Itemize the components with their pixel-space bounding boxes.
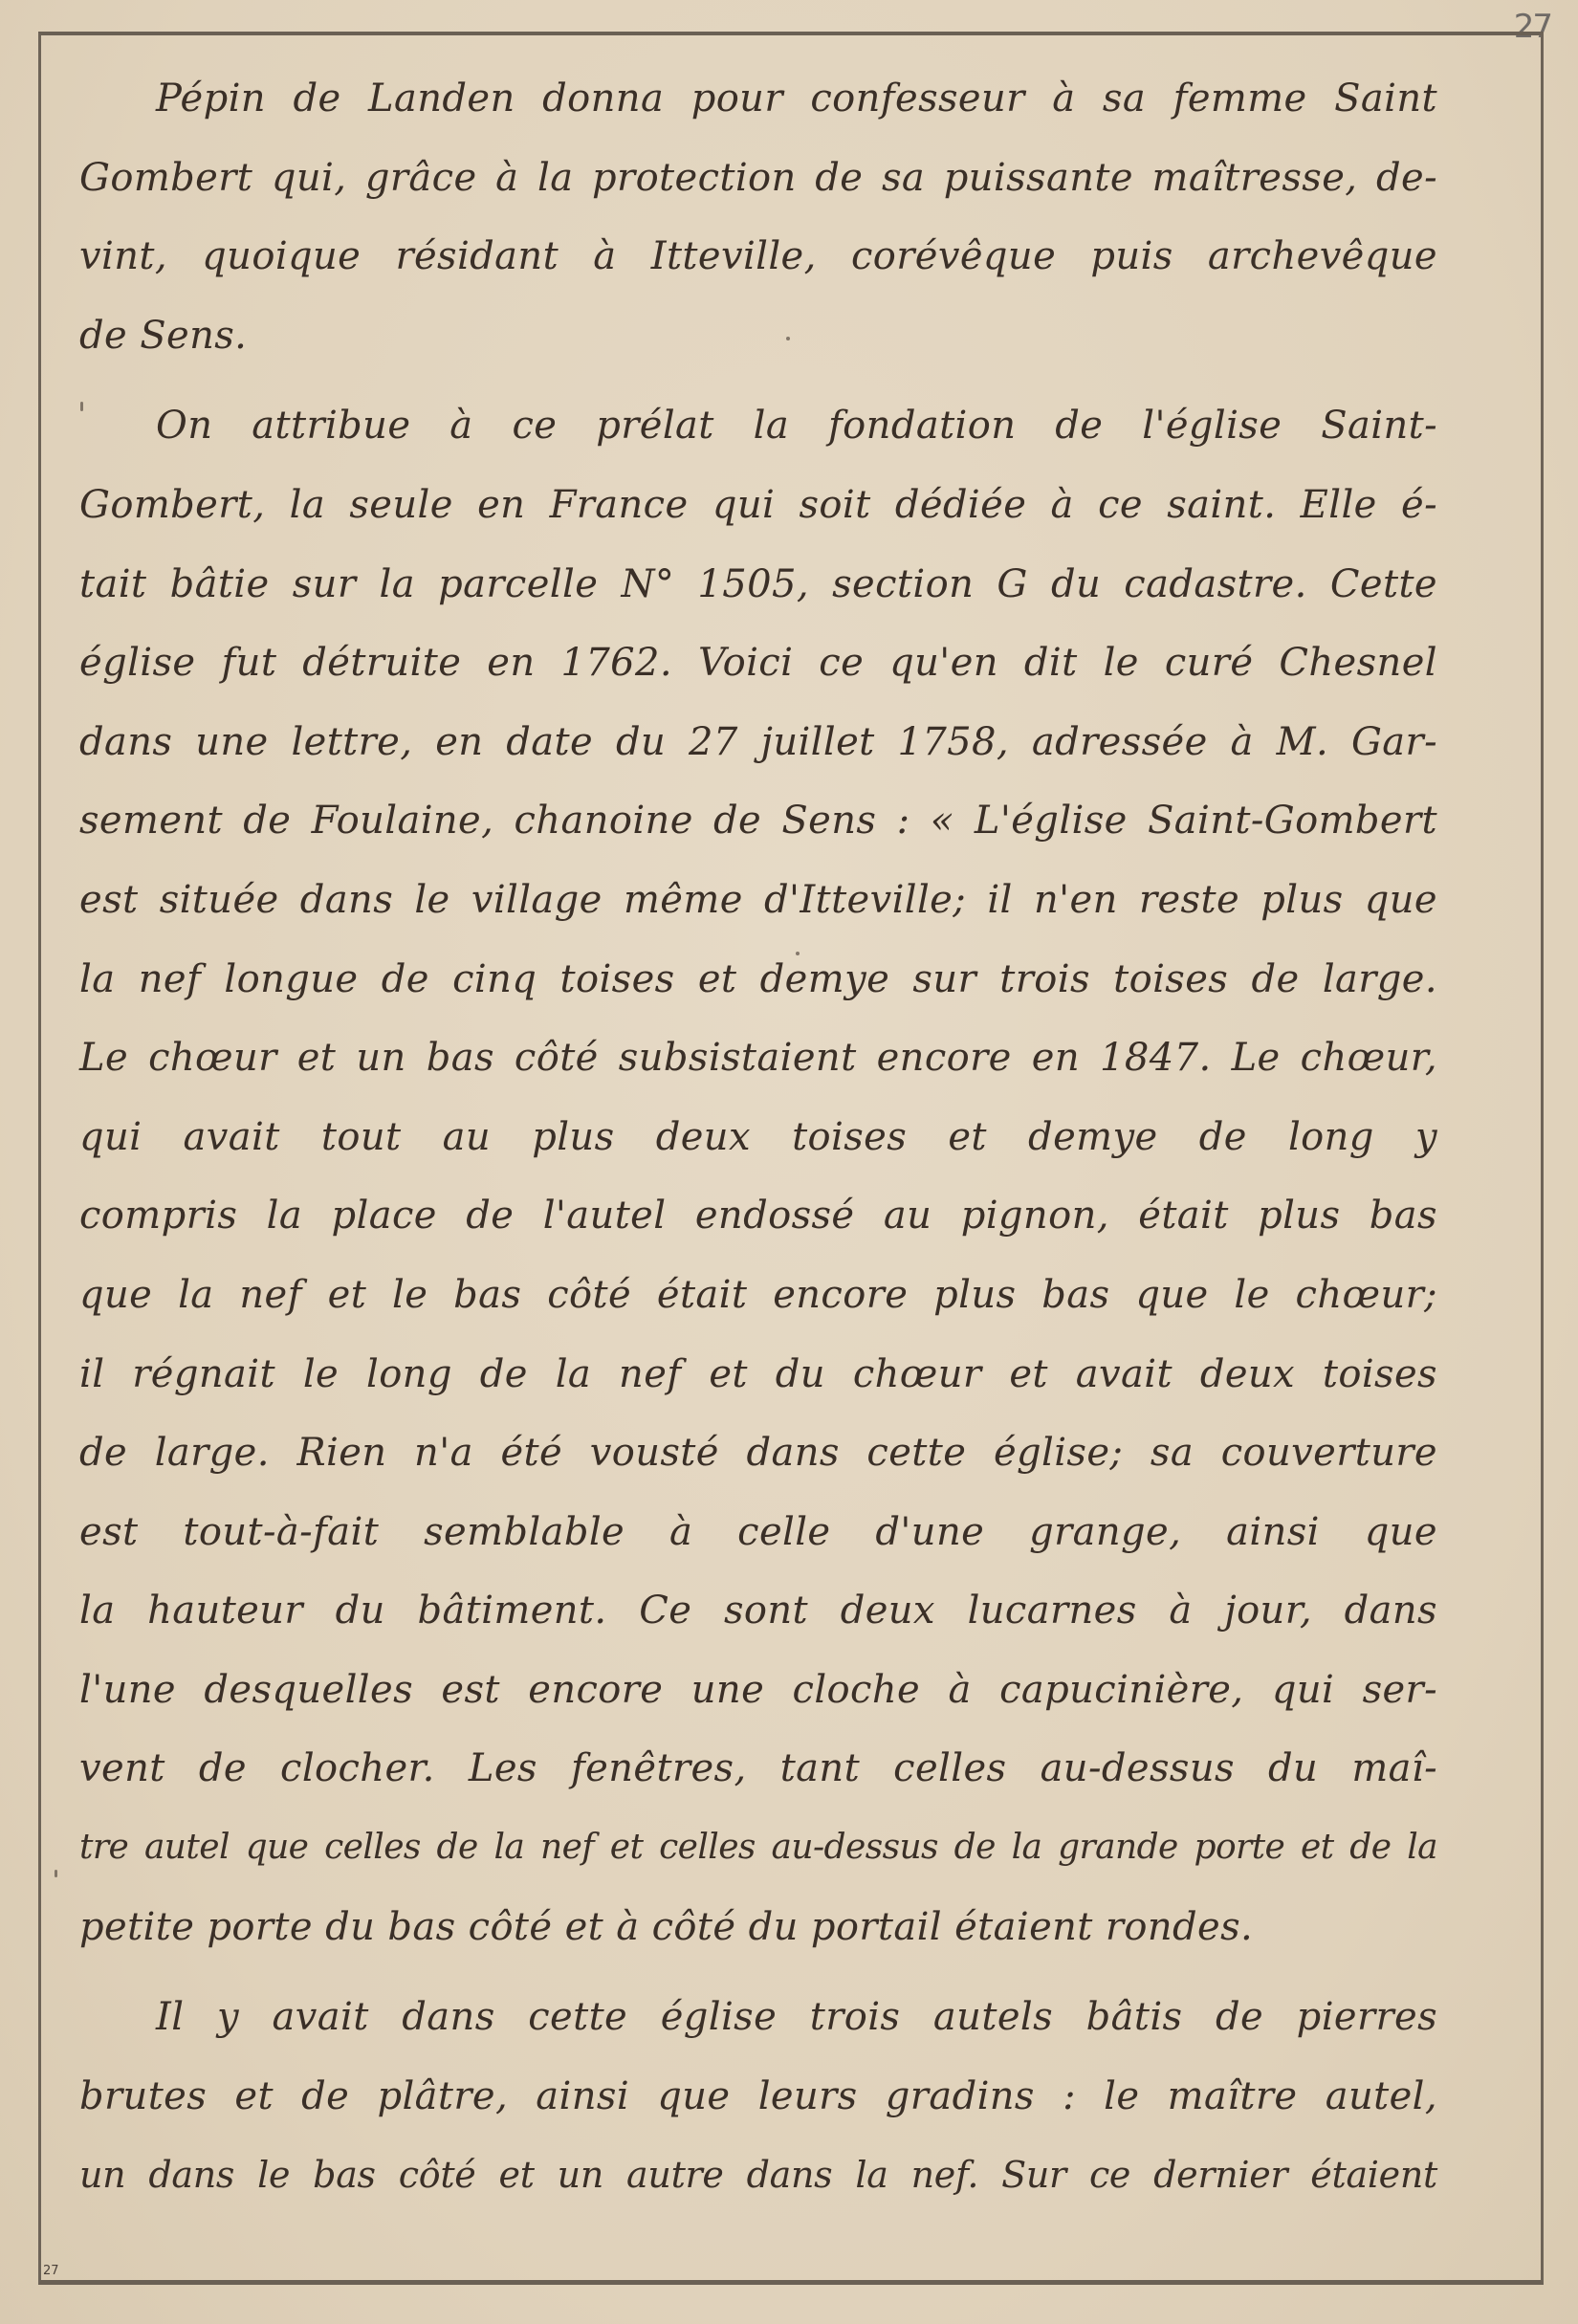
paragraph-2: On attribue à ce prélat la fondation de … <box>79 386 1437 1966</box>
text-line: Gombert, la seule en France qui soit déd… <box>79 466 1437 545</box>
paragraph-3: Il y avait dans cette église trois autel… <box>79 1978 1437 2215</box>
text-line: l'une desquelles est encore une cloche à… <box>79 1651 1437 1730</box>
text-line: Gombert qui, grâce à la protection de sa… <box>79 139 1437 218</box>
text-line: Il y avait dans cette église trois autel… <box>79 1978 1437 2057</box>
text-line: il régnait le long de la nef et du chœur… <box>79 1335 1437 1414</box>
text-line: qui avait tout au plus deux toises et de… <box>79 1098 1437 1177</box>
text-line: petite porte du bas côté et à côté du po… <box>79 1888 1437 1967</box>
page-number-bottom: 27 <box>43 2264 59 2278</box>
paper-speck <box>796 952 800 955</box>
text-line: On attribue à ce prélat la fondation de … <box>79 386 1437 466</box>
text-line: la hauteur du bâtiment. Ce sont deux luc… <box>79 1571 1437 1651</box>
text-line: est tout-à-fait semblable à celle d'une … <box>79 1493 1437 1572</box>
manuscript-text: Pépin de Landen donna pour confesseur à … <box>79 59 1437 2215</box>
text-line: vint, quoique résidant à Itteville, coré… <box>79 217 1437 296</box>
text-line: tre autel que celles de la nef et celles… <box>79 1809 1437 1888</box>
text-line: église fut détruite en 1762. Voici ce qu… <box>79 624 1437 703</box>
paper-speck <box>786 337 790 340</box>
paper-speck <box>55 1870 57 1877</box>
text-line: de large. Rien n'a été vousté dans cette… <box>79 1414 1437 1493</box>
text-line: que la nef et le bas côté était encore p… <box>79 1256 1437 1335</box>
text-line: Pépin de Landen donna pour confesseur à … <box>79 59 1437 139</box>
text-line: tait bâtie sur la parcelle N° 1505, sect… <box>79 545 1437 625</box>
paragraph-1: Pépin de Landen donna pour confesseur à … <box>79 59 1437 375</box>
paper-speck <box>80 402 83 411</box>
text-line: est située dans le village même d'Ittevi… <box>79 861 1437 940</box>
text-line: dans une lettre, en date du 27 juillet 1… <box>79 703 1437 782</box>
text-line: brutes et de plâtre, ainsi que leurs gra… <box>79 2057 1437 2137</box>
text-line: Le chœur et un bas côté subsistaient enc… <box>79 1019 1437 1098</box>
text-line: compris la place de l'autel endossé au p… <box>79 1176 1437 1256</box>
text-line: de Sens. <box>79 296 1437 376</box>
text-line: la nef longue de cinq toises et demye su… <box>79 940 1437 1019</box>
text-line: un dans le bas côté et un autre dans la … <box>79 2136 1437 2215</box>
text-line: vent de clocher. Les fenêtres, tant cell… <box>79 1729 1437 1809</box>
text-line: sement de Foulaine, chanoine de Sens : «… <box>79 781 1437 861</box>
